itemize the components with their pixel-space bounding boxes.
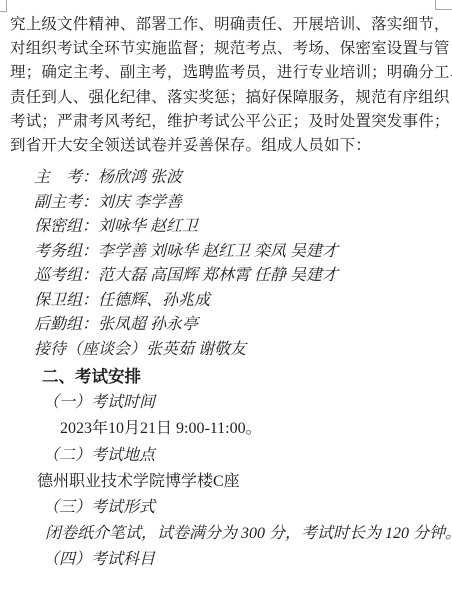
subsection-label-exam-place: （二）考试地点 <box>10 443 444 469</box>
personnel-roster: 主 考：杨欣鸿 张波 副主考：刘庆 李学善 保密组：刘咏华 赵红卫 考务组：李学… <box>10 166 444 362</box>
document-body: 究上级文件精神、部署工作、明确责任、开展培训、落实细节， 对组织考试全环节实施监… <box>10 13 444 574</box>
text-boundary-mark-top-left-icon <box>0 0 7 12</box>
document-page: 究上级文件精神、部署工作、明确责任、开展培训、落实细节， 对组织考试全环节实施监… <box>0 0 452 601</box>
text-boundary-mark-top-right-icon <box>435 0 452 10</box>
intro-line: 考试；严肃考风考纪，维护考试公平公正；及时处置突发事件； <box>10 110 444 134</box>
personnel-line-reception: 接待（座谈会）张英茹 谢敬友 <box>10 338 444 363</box>
subsection-label-exam-subjects: （四）考试科目 <box>10 547 444 573</box>
personnel-line-deputy-chief: 副主考：刘庆 李学善 <box>10 191 444 216</box>
subsection-content-exam-time: 2023年10月21日 9:00-11:00。 <box>10 416 444 442</box>
personnel-line-inspection-group: 巡考组：范大磊 高国辉 郑林霄 任静 吴建才 <box>10 264 444 289</box>
personnel-line-chief-examiner: 主 考：杨欣鸿 张波 <box>10 166 444 191</box>
intro-line: 对组织考试全环节实施监督；规范考点、考场、保密室设置与管 <box>10 37 444 61</box>
section-heading-exam-arrangement: 二、考试安排 <box>10 364 444 390</box>
subsection-label-exam-time: （一）考试时间 <box>10 390 444 416</box>
subsection-content-exam-form: 闭卷纸介笔试，试卷满分为 300 分，考试时长为 120 分钟。 <box>10 521 444 547</box>
intro-line: 到省开大安全领送试卷并妥善保存。组成人员如下： <box>10 134 444 158</box>
subsections: （一）考试时间 2023年10月21日 9:00-11:00。 （二）考试地点 … <box>10 390 444 573</box>
personnel-line-logistics-group: 后勤组：张凤超 孙永亭 <box>10 313 444 338</box>
intro-line: 究上级文件精神、部署工作、明确责任、开展培训、落实细节， <box>10 13 444 37</box>
intro-line: 理；确定主考、副主考，选聘监考员，进行专业培训；明确分工、 <box>10 61 444 85</box>
intro-line: 责任到人、强化纪律、落实奖惩；搞好保障服务，规范有序组织 <box>10 86 444 110</box>
subsection-label-exam-form: （三）考试形式 <box>10 495 444 521</box>
personnel-line-affairs-group: 考务组：李学善 刘咏华 赵红卫 栾凤 吴建才 <box>10 240 444 265</box>
personnel-line-security-group: 保卫组：任德辉、孙兆成 <box>10 289 444 314</box>
intro-paragraph: 究上级文件精神、部署工作、明确责任、开展培训、落实细节， 对组织考试全环节实施监… <box>10 13 444 158</box>
personnel-line-secrecy-group: 保密组：刘咏华 赵红卫 <box>10 215 444 240</box>
subsection-content-exam-place: 德州职业技术学院博学楼C座 <box>10 469 444 495</box>
